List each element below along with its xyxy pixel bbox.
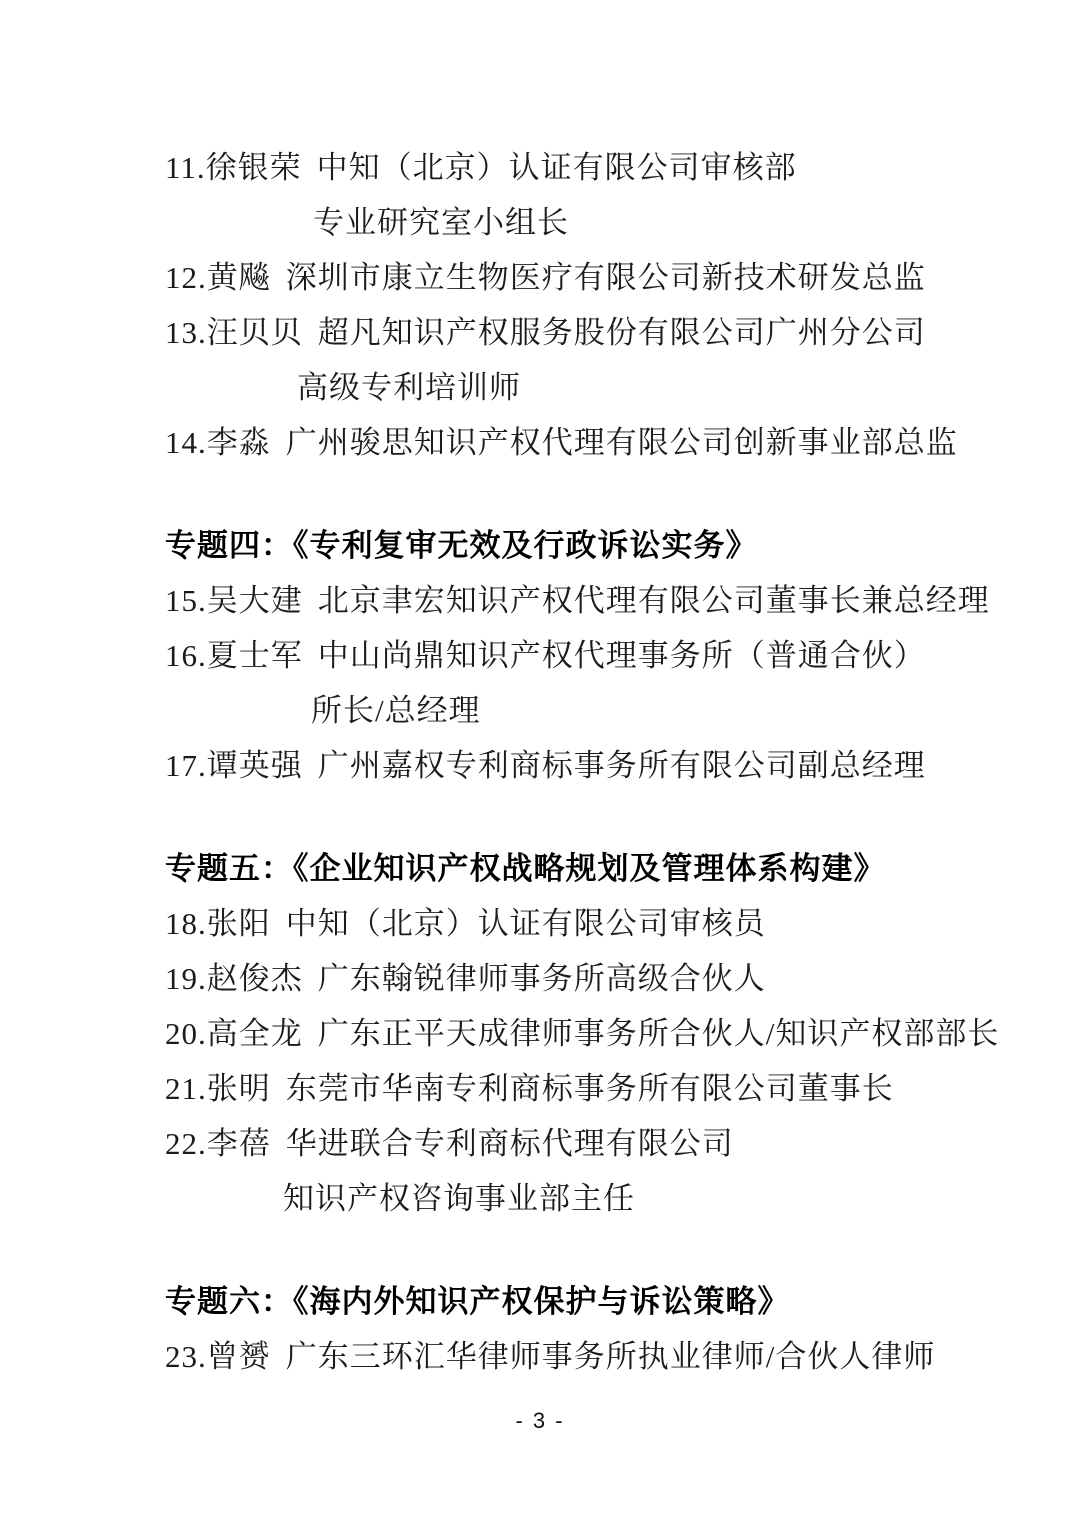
speaker-org: 中知（北京）认证有限公司审核部 [317,150,797,185]
speaker-name: 谭英强 [207,748,303,783]
list-item: 20.高全龙广东正平天成律师事务所合伙人/知识产权部部长 [165,1006,1020,1061]
speaker-name: 赵俊杰 [207,961,303,996]
item-number: 23. [165,1339,207,1374]
speaker-name: 吴大建 [207,583,303,618]
list-item: 11.徐银荣中知（北京）认证有限公司审核部 [165,140,1020,195]
item-number: 15. [165,583,207,618]
speaker-org: 超凡知识产权服务股份有限公司广州分公司 [318,315,926,350]
list-item: 22.李蓓华进联合专利商标代理有限公司 [165,1116,1020,1171]
speaker-name: 黄飚 [207,260,271,295]
speaker-name: 徐银荣 [206,150,302,185]
page-number: - 3 - [0,1408,1080,1434]
speaker-name: 李淼 [207,425,271,460]
section-heading: 专题六：《海内外知识产权保护与诉讼策略》 [165,1274,1020,1329]
list-item: 14.李淼广州骏思知识产权代理有限公司创新事业部总监 [165,415,1020,470]
speaker-name: 李蓓 [207,1126,271,1161]
item-number: 18. [165,906,207,941]
item-continuation: 知识产权咨询事业部主任 [165,1171,1020,1226]
list-item: 19.赵俊杰广东翰锐律师事务所高级合伙人 [165,951,1020,1006]
list-item: 12.黄飚深圳市康立生物医疗有限公司新技术研发总监 [165,250,1020,305]
speaker-org: 中知（北京）认证有限公司审核员 [286,906,766,941]
speaker-name: 曾赟 [207,1339,271,1374]
speaker-org: 广东三环汇华律师事务所执业律师/合伙人律师 [286,1339,936,1374]
item-number: 20. [165,1016,207,1051]
speaker-name: 高全龙 [207,1016,303,1051]
speaker-org: 东莞市华南专利商标事务所有限公司董事长 [286,1071,894,1106]
list-item: 18.张阳中知（北京）认证有限公司审核员 [165,896,1020,951]
item-continuation: 专业研究室小组长 [165,195,1020,250]
speaker-name: 张明 [207,1071,271,1106]
speaker-org: 广州骏思知识产权代理有限公司创新事业部总监 [286,425,958,460]
list-item: 13.汪贝贝超凡知识产权服务股份有限公司广州分公司 [165,305,1020,360]
speaker-org: 广州嘉权专利商标事务所有限公司副总经理 [318,748,926,783]
list-item: 21.张明东莞市华南专利商标事务所有限公司董事长 [165,1061,1020,1116]
list-item: 23.曾赟广东三环汇华律师事务所执业律师/合伙人律师 [165,1329,1020,1384]
item-number: 21. [165,1071,207,1106]
speaker-org: 广东正平天成律师事务所合伙人/知识产权部部长 [318,1016,1000,1051]
section-heading: 专题四：《专利复审无效及行政诉讼实务》 [165,518,1020,573]
speaker-name: 张阳 [207,906,271,941]
item-number: 17. [165,748,207,783]
item-number: 12. [165,260,207,295]
speaker-org: 北京聿宏知识产权代理有限公司董事长兼总经理 [318,583,990,618]
speaker-org: 华进联合专利商标代理有限公司 [286,1126,734,1161]
list-item: 17.谭英强广州嘉权专利商标事务所有限公司副总经理 [165,738,1020,793]
speaker-org: 深圳市康立生物医疗有限公司新技术研发总监 [286,260,926,295]
item-continuation: 高级专利培训师 [165,360,1020,415]
speaker-name: 夏士军 [207,638,303,673]
item-number: 11. [165,150,206,185]
item-number: 19. [165,961,207,996]
document-body: 11.徐银荣中知（北京）认证有限公司审核部 专业研究室小组长 12.黄飚深圳市康… [165,140,1020,1384]
list-item: 15.吴大建北京聿宏知识产权代理有限公司董事长兼总经理 [165,573,1020,628]
item-number: 16. [165,638,207,673]
speaker-org: 广东翰锐律师事务所高级合伙人 [318,961,766,996]
speaker-name: 汪贝贝 [207,315,303,350]
list-item: 16.夏士军中山尚鼎知识产权代理事务所（普通合伙） [165,628,1020,683]
item-number: 14. [165,425,207,460]
speaker-org: 中山尚鼎知识产权代理事务所（普通合伙） [318,638,926,673]
item-number: 13. [165,315,207,350]
item-continuation: 所长/总经理 [165,683,1020,738]
section-heading: 专题五：《企业知识产权战略规划及管理体系构建》 [165,841,1020,896]
item-number: 22. [165,1126,207,1161]
